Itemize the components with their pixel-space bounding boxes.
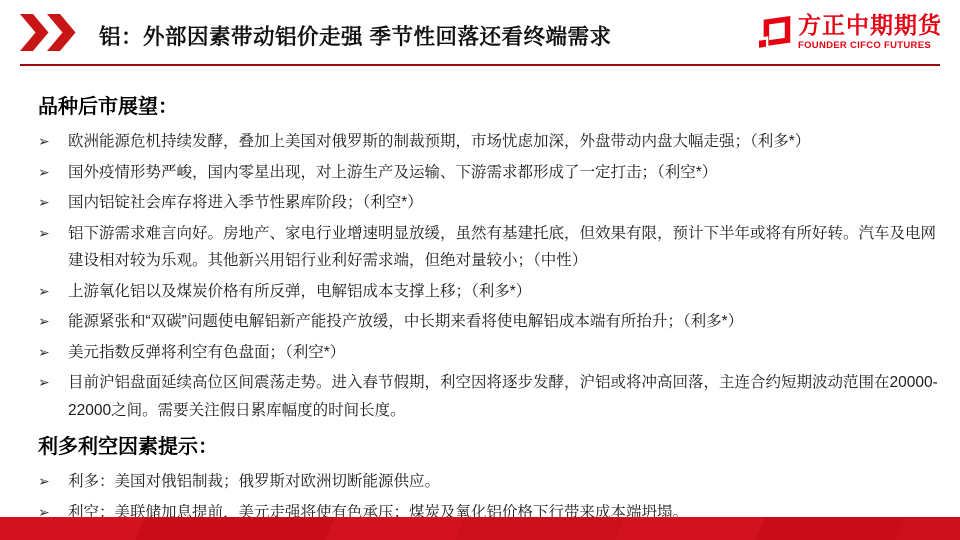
company-name-en: FOUNDER CIFCO FUTURES <box>798 40 942 51</box>
footer-stripe <box>133 517 337 540</box>
outlook-bullet-list: ➢ 欧洲能源危机持续发酵，叠加上美国对俄罗斯的制裁预期，市场忧虑加深，外盘带动内… <box>38 128 938 424</box>
bullet-text: 上游氧化铝以及煤炭价格有所反弹，电解铝成本支撑上移；（利多*） <box>68 278 938 306</box>
list-item: ➢ 利多：美国对俄铝制裁；俄罗斯对欧洲切断能源供应。 <box>38 468 938 496</box>
company-logo-text: 方正中期期货 FOUNDER CIFCO FUTURES <box>798 13 942 50</box>
bullet-text: 利多：美国对俄铝制裁；俄罗斯对欧洲切断能源供应。 <box>68 468 938 496</box>
footer-stripe <box>453 517 627 540</box>
section-heading-factors: 利多利空因素提示： <box>38 430 938 459</box>
list-item: ➢ 欧洲能源危机持续发酵，叠加上美国对俄罗斯的制裁预期，市场忧虑加深，外盘带动内… <box>38 128 938 156</box>
list-item: ➢ 国内铝锭社会库存将进入季节性累库阶段；（利空*） <box>38 189 938 217</box>
arrow-bullet-icon: ➢ <box>38 339 68 367</box>
slide-canvas: { "slide": { "title": "铝：外部因素带动铝价走强 季节性回… <box>0 0 960 540</box>
company-logo: 方正中期期货 FOUNDER CIFCO FUTURES <box>757 11 942 53</box>
arrow-bullet-icon: ➢ <box>38 220 68 248</box>
list-item: ➢ 能源紧张和“双碳”问题使电解铝新产能投产放缓，中长期来看将使电解铝成本端有所… <box>38 308 938 336</box>
bullet-text: 美元指数反弹将利空有色盘面；（利空*） <box>68 339 938 367</box>
list-item: ➢ 上游氧化铝以及煤炭价格有所反弹，电解铝成本支撑上移；（利多*） <box>38 278 938 306</box>
arrow-bullet-icon: ➢ <box>38 308 68 336</box>
arrow-bullet-icon: ➢ <box>38 189 68 217</box>
arrow-bullet-icon: ➢ <box>38 278 68 306</box>
footer-stripe <box>893 517 960 540</box>
bullet-text: 国外疫情形势严峻，国内零星出现，对上游生产及运输、下游需求都形成了一定打击；（利… <box>68 159 938 187</box>
bullet-text: 能源紧张和“双碳”问题使电解铝新产能投产放缓，中长期来看将使电解铝成本端有所抬升… <box>68 308 938 336</box>
company-name-cn: 方正中期期货 <box>798 13 942 37</box>
list-item: ➢ 美元指数反弹将利空有色盘面；（利空*） <box>38 339 938 367</box>
bullet-text: 铝下游需求难言向好。房地产、家电行业增速明显放缓，虽然有基建托底，但效果有限，预… <box>68 220 938 275</box>
section-heading-outlook: 品种后市展望： <box>38 90 938 119</box>
founder-logo-icon <box>757 11 793 53</box>
arrow-bullet-icon: ➢ <box>38 369 68 397</box>
footer-stripe <box>753 517 917 540</box>
arrow-bullet-icon: ➢ <box>38 468 68 496</box>
bullet-text: 国内铝锭社会库存将进入季节性累库阶段；（利空*） <box>68 189 938 217</box>
arrow-bullet-icon: ➢ <box>38 159 68 187</box>
slide-header: 铝：外部因素带动铝价走强 季节性回落还看终端需求 方正中期期货 FOUNDER … <box>0 0 960 66</box>
bullet-text: 目前沪铝盘面延续高位区间震荡走势。进入春节假期，利空因将逐步发酵，沪铝或将冲高回… <box>68 369 938 424</box>
list-item: ➢ 国外疫情形势严峻，国内零星出现，对上游生产及运输、下游需求都形成了一定打击；… <box>38 159 938 187</box>
footer-red-band <box>0 517 960 540</box>
list-item: ➢ 目前沪铝盘面延续高位区间震荡走势。进入春节假期，利空因将逐步发酵，沪铝或将冲… <box>38 369 938 424</box>
slide-body: 品种后市展望： ➢ 欧洲能源危机持续发酵，叠加上美国对俄罗斯的制裁预期，市场忧虑… <box>38 84 938 530</box>
page-title: 铝：外部因素带动铝价走强 季节性回落还看终端需求 <box>99 20 611 51</box>
double-chevron-icon <box>20 14 76 51</box>
bullet-text: 欧洲能源危机持续发酵，叠加上美国对俄罗斯的制裁预期，市场忧虑加深，外盘带动内盘大… <box>68 128 938 156</box>
list-item: ➢ 铝下游需求难言向好。房地产、家电行业增速明显放缓，虽然有基建托底，但效果有限… <box>38 220 938 275</box>
header-divider <box>20 64 940 66</box>
arrow-bullet-icon: ➢ <box>38 128 68 156</box>
